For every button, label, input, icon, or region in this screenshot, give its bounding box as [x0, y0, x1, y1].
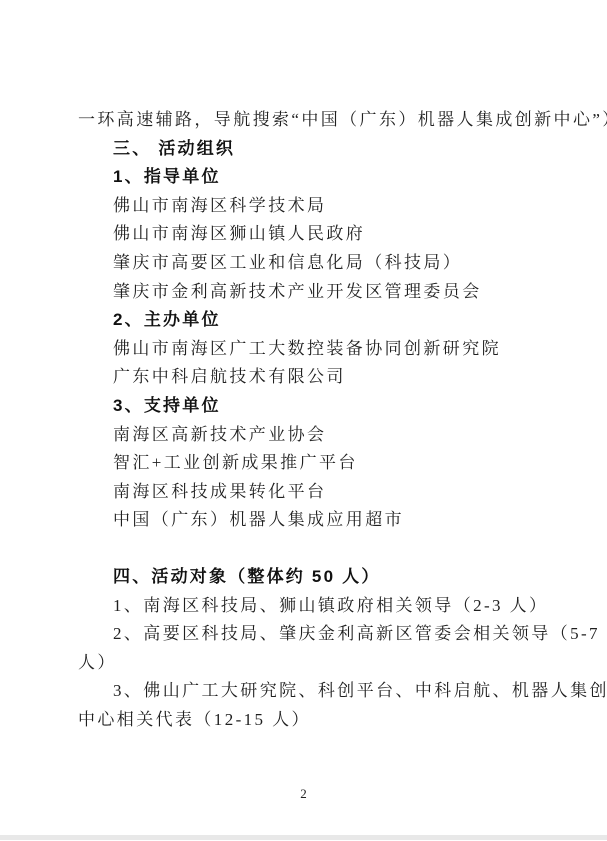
guiding-unit-line: 佛山市南海区科学技术局: [78, 192, 538, 221]
heading-host-units: 2、主办单位: [78, 306, 538, 335]
audience-item-wrap-line: 人）: [78, 649, 538, 678]
audience-item-line: 2、高要区科技局、肇庆金利高新区管委会相关领导（5-7: [78, 620, 538, 649]
support-unit-line: 南海区科技成果转化平台: [78, 478, 538, 507]
blank-line: [78, 535, 538, 563]
page-bottom-edge: [0, 835, 607, 840]
page-number: 2: [0, 786, 607, 802]
paragraph-continuation-line: 一环高速辅路，导航搜索“中国（广东）机器人集成创新中心”）: [78, 106, 538, 135]
heading-support-units: 3、支持单位: [78, 392, 538, 421]
support-unit-line: 智汇+工业创新成果推广平台: [78, 449, 538, 478]
heading-section-3-activity-organization: 三、 活动组织: [78, 135, 538, 164]
document-body: 一环高速辅路，导航搜索“中国（广东）机器人集成创新中心”） 三、 活动组织 1、…: [78, 106, 538, 734]
heading-section-4-activity-audience: 四、活动对象（整体约 50 人）: [78, 563, 538, 592]
audience-item-line: 1、南海区科技局、狮山镇政府相关领导（2-3 人）: [78, 592, 538, 621]
support-unit-line: 中国（广东）机器人集成应用超市: [78, 506, 538, 535]
host-unit-line: 佛山市南海区广工大数控装备协同创新研究院: [78, 335, 538, 364]
guiding-unit-line: 肇庆市金利高新技术产业开发区管理委员会: [78, 278, 538, 307]
document-page: 一环高速辅路，导航搜索“中国（广东）机器人集成创新中心”） 三、 活动组织 1、…: [0, 0, 607, 841]
heading-guiding-units: 1、指导单位: [78, 163, 538, 192]
audience-item-wrap-line: 中心相关代表（12-15 人）: [78, 706, 538, 735]
audience-item-line: 3、佛山广工大研究院、科创平台、中科启航、机器人集创: [78, 677, 538, 706]
host-unit-line: 广东中科启航技术有限公司: [78, 363, 538, 392]
guiding-unit-line: 肇庆市高要区工业和信息化局（科技局）: [78, 249, 538, 278]
guiding-unit-line: 佛山市南海区狮山镇人民政府: [78, 220, 538, 249]
support-unit-line: 南海区高新技术产业协会: [78, 421, 538, 450]
